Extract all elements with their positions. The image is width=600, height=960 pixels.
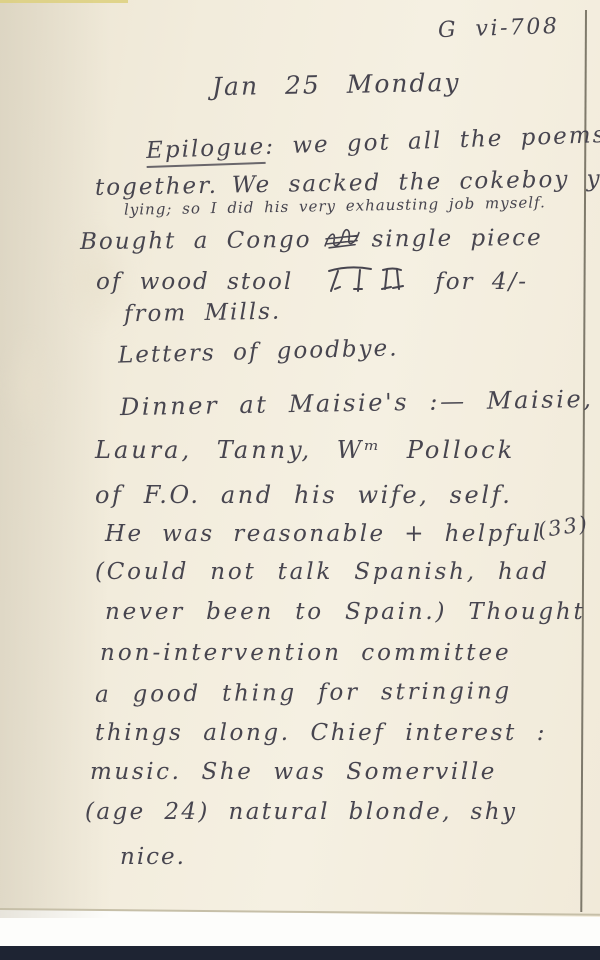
top-edge-sliver (0, 0, 128, 3)
handwriting-line-music: music. She was Somerville (90, 761, 497, 784)
epilogue-underlined-word: Epilogue (146, 134, 266, 168)
handwriting-line-wood-stool: of wood stool for 4/- (96, 262, 528, 294)
handwriting-line-guests: Laura, Tanny, Wᵐ Pollock (95, 438, 515, 462)
bought-text: Bought a Congo (80, 229, 312, 254)
date-heading: Jan 25 Monday (212, 70, 461, 99)
handwriting-line-foreign-office: of F.O. and his wife, self. (95, 483, 512, 507)
word-together: together. (95, 175, 218, 200)
price-text: for 4/- (435, 271, 528, 294)
handwriting-line-spanish-1: (Could not talk Spanish, had (95, 561, 550, 584)
scan-bottom-bar (0, 946, 600, 960)
handwriting-line-mills: from Mills. (124, 301, 282, 327)
ink-showthrough (6, 330, 52, 440)
handwriting-line-things-along: things along. Chief interest : (95, 722, 547, 745)
handwriting-line-age: (age 24) natural blonde, shy (85, 801, 517, 824)
handwriting-line-nonintervention: non-intervention committee (100, 642, 512, 665)
handwriting-line-goodthing: a good thing for stringing (95, 680, 512, 707)
scribbled-out-word-sketch (321, 224, 361, 252)
diary-scan: G vi-708 Jan 25 Monday Epilogue: we got … (0, 0, 600, 960)
single-piece-text: single piece (371, 227, 542, 251)
handwriting-line-reasonable: He was reasonable + helpful (105, 523, 543, 546)
archive-reference: G vi-708 (438, 16, 560, 42)
handwriting-line-bought: Bought a Congo single piece (80, 222, 543, 254)
handwriting-line-nice: nice. (120, 846, 186, 869)
of-wood-text: of wood stool (96, 271, 293, 294)
handwriting-line-spanish-2: never been to Spain.) Thought (105, 601, 586, 624)
stool-drawing-sketch (327, 262, 413, 294)
